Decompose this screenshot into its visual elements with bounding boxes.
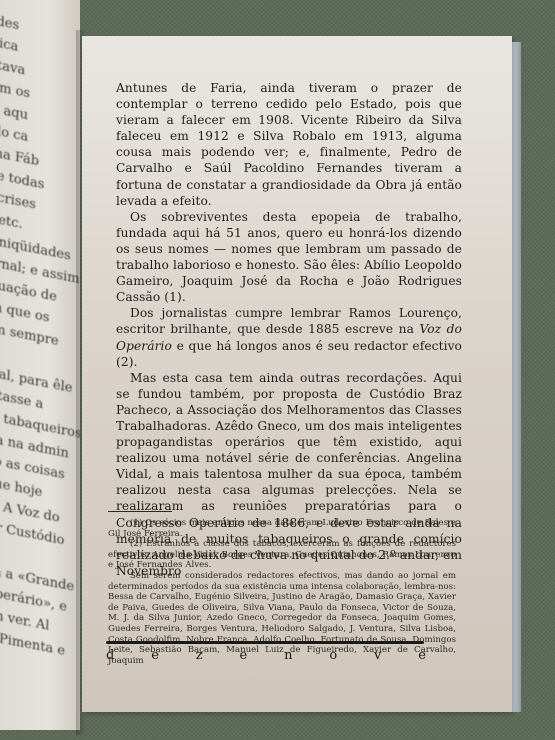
left-facing-page: ...atividades...da fábrica...que faltava… [0,0,80,730]
folio-letter: n [284,648,292,663]
paragraph-2: Os sobreviventes desta epopeia de trabal… [116,209,462,306]
paragraph-3: Dos jornalistas cumpre lembrar Ramos Lou… [116,305,462,369]
folio-letter: o [329,648,337,663]
paragraph-3-lead: Dos jornalistas cumpre lembrar Ramos Lou… [116,306,462,336]
folio-letter: v [374,648,381,663]
folio-letter: d [106,648,114,663]
folio-letter: e [151,648,159,663]
folio-letter: e [240,648,248,663]
footnote-1: (1) Os sócios mais antigos nessa data er… [108,518,456,539]
right-page: Antunes de Faria, ainda tiveram o prazer… [82,36,512,712]
footer-rule [106,641,424,644]
body-text: Antunes de Faria, ainda tiveram o prazer… [116,80,462,579]
footnotes: (1) Os sócios mais antigos nessa data er… [108,518,456,666]
footnote-separator [108,511,172,512]
left-page-text: ...atividades...da fábrica...que faltava… [0,0,80,661]
folio-letter: z [196,648,203,663]
folio-letter: e [418,648,426,663]
paragraph-1: Antunes de Faria, ainda tiveram o prazer… [116,80,462,209]
footnote-2: (2) Estranhos à classe dos tabacos, exer… [108,539,456,571]
page-number-spelled: d e z e n o v e [106,648,426,663]
